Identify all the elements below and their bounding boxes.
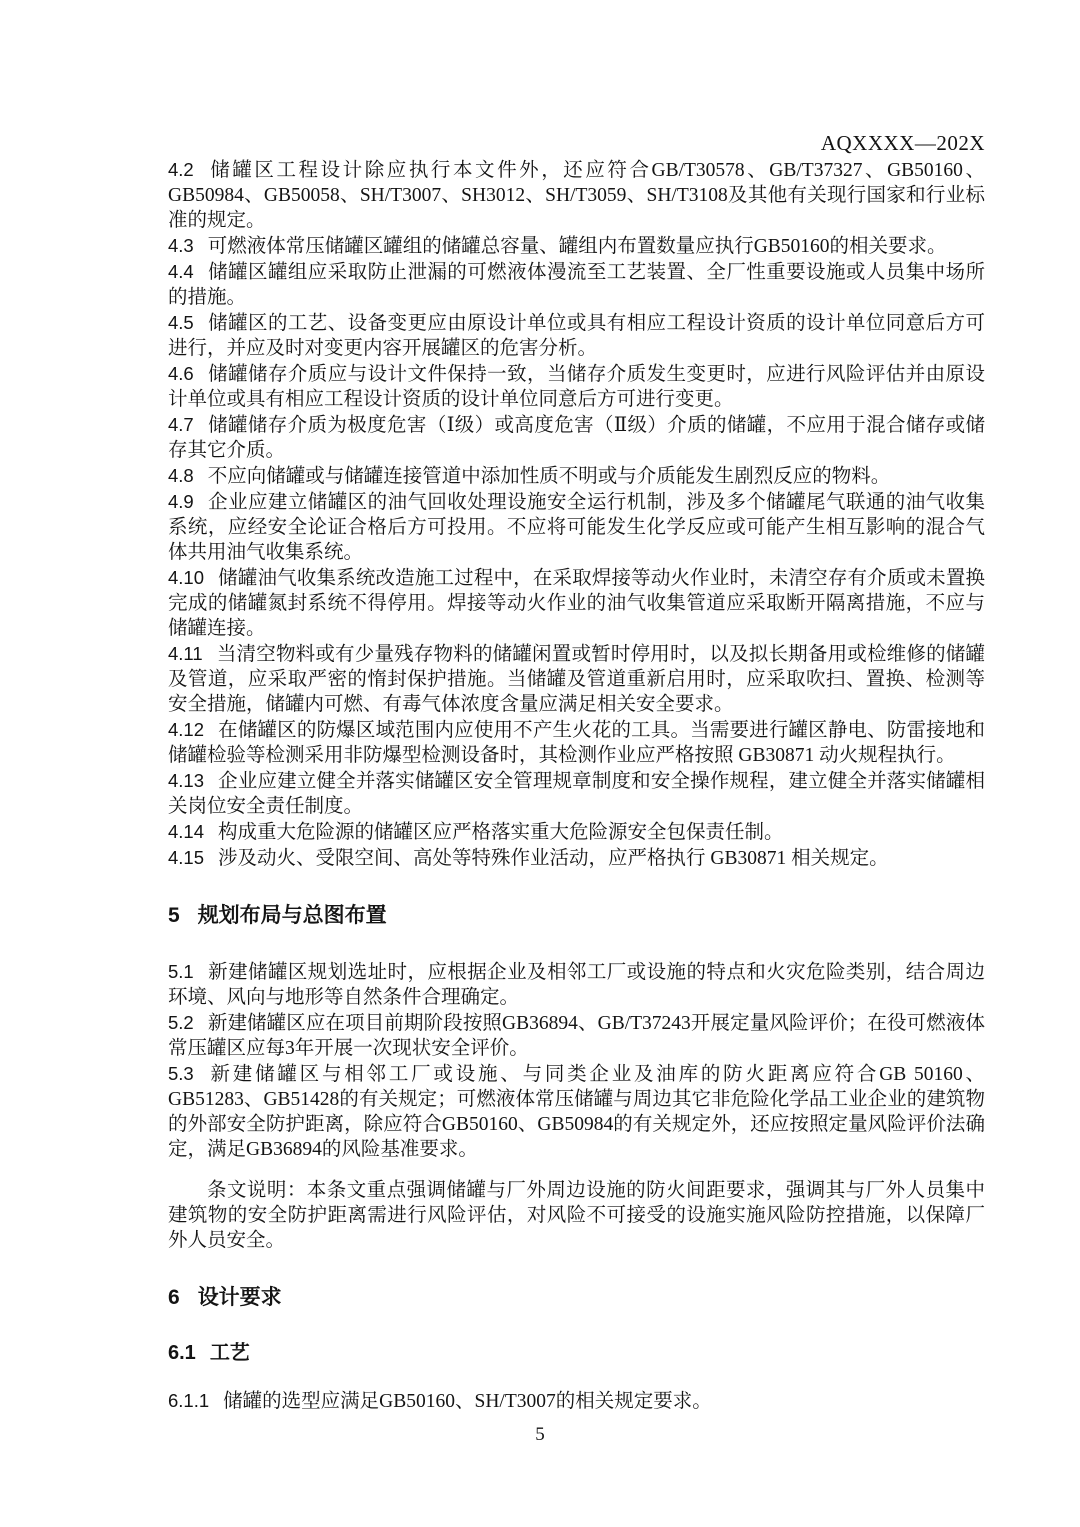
section-number: 6.1	[168, 1342, 210, 1364]
clause-note: 条文说明：本条文重点强调储罐与厂外周边设施的防火间距要求，强调其与厂外人员集中建…	[168, 1178, 985, 1253]
clause-4-9: 4.9企业应建立储罐区的油气回收处理设施安全运行机制，涉及多个储罐尾气联通的油气…	[168, 489, 985, 565]
clause-number: 4.5	[168, 312, 208, 333]
clause-number: 4.14	[168, 821, 218, 842]
clause-text: 储罐区罐组应采取防止泄漏的可燃液体漫流至工艺装置、全厂性重要设施或人员集中场所的…	[168, 262, 985, 308]
clause-text: 企业应建立储罐区的油气回收处理设施安全运行机制，涉及多个储罐尾气联通的油气收集系…	[168, 492, 985, 563]
clause-number: 6.1.1	[168, 1390, 223, 1411]
clause-number: 5.3	[168, 1063, 208, 1084]
clause-number: 4.12	[168, 719, 218, 740]
clause-4-14: 4.14构成重大危险源的储罐区应严格落实重大危险源安全包保责任制。	[168, 819, 985, 845]
clause-text: 不应向储罐或与储罐连接管道中添加性质不明或与介质能发生剧烈反应的物料。	[208, 466, 891, 487]
clause-5-3: 5.3新建储罐区与相邻工厂或设施、与同类企业及油库的防火距离应符合GB 5016…	[168, 1061, 985, 1162]
clause-4-10: 4.10储罐油气收集系统改造施工过程中，在采取焊接等动火作业时，未清空存有介质或…	[168, 565, 985, 641]
clause-text: 储罐区工程设计除应执行本文件外，还应符合GB/T30578、GB/T37327、…	[168, 160, 985, 231]
clause-number: 4.6	[168, 363, 208, 384]
clause-4-2: 4.2储罐区工程设计除应执行本文件外，还应符合GB/T30578、GB/T373…	[168, 157, 985, 233]
clause-4-5: 4.5储罐区的工艺、设备变更应由原设计单位或具有相应工程设计资质的设计单位同意后…	[168, 310, 985, 361]
clause-text: 企业应建立健全并落实储罐区安全管理规章制度和安全操作规程，建立健全并落实储罐相关…	[168, 771, 985, 817]
clause-text: 储罐油气收集系统改造施工过程中，在采取焊接等动火作业时，未清空存有介质或未置换完…	[168, 568, 985, 639]
clause-4-11: 4.11当清空物料或有少量残存物料的储罐闲置或暂时停用时，以及拟长期备用或检维修…	[168, 641, 985, 717]
clause-4-7: 4.7储罐储存介质为极度危害（Ⅰ级）或高度危害（Ⅱ级）介质的储罐，不应用于混合储…	[168, 412, 985, 463]
section-6-1-heading: 6.1工艺	[168, 1341, 985, 1366]
clause-4-13: 4.13企业应建立健全并落实储罐区安全管理规章制度和安全操作规程，建立健全并落实…	[168, 768, 985, 819]
clause-text: 新建储罐区规划选址时，应根据企业及相邻工厂或设施的特点和火灾危险类别，结合周边环…	[168, 962, 985, 1008]
page-header: AQXXXX—202X	[821, 131, 985, 156]
section-title: 设计要求	[198, 1286, 282, 1309]
clause-text: 新建储罐区应在项目前期阶段按照GB36894、GB/T37243开展定量风险评价…	[168, 1013, 985, 1059]
clause-text: 储罐的选型应满足GB50160、SH/T3007的相关规定要求。	[223, 1391, 712, 1412]
clause-number: 4.2	[168, 159, 208, 180]
clause-4-4: 4.4储罐区罐组应采取防止泄漏的可燃液体漫流至工艺装置、全厂性重要设施或人员集中…	[168, 259, 985, 310]
section-title: 工艺	[210, 1342, 250, 1364]
clause-4-6: 4.6储罐储存介质应与设计文件保持一致，当储存介质发生变更时，应进行风险评估并由…	[168, 361, 985, 412]
section-number: 6	[168, 1286, 198, 1309]
clause-number: 4.11	[168, 643, 217, 664]
doc-code: AQXXXX—202X	[821, 131, 985, 155]
document-page: AQXXXX—202X 4.2储罐区工程设计除应执行本文件外，还应符合GB/T3…	[0, 0, 1080, 1527]
clause-number: 4.4	[168, 261, 208, 282]
clause-number: 4.8	[168, 465, 208, 486]
clause-text: 储罐区的工艺、设备变更应由原设计单位或具有相应工程设计资质的设计单位同意后方可进…	[168, 313, 985, 359]
clause-text: 新建储罐区与相邻工厂或设施、与同类企业及油库的防火距离应符合GB 50160、G…	[168, 1064, 985, 1160]
clause-text: 在储罐区的防爆区域范围内应使用不产生火花的工具。当需要进行罐区静电、防雷接地和储…	[168, 720, 985, 766]
clause-4-8: 4.8不应向储罐或与储罐连接管道中添加性质不明或与介质能发生剧烈反应的物料。	[168, 463, 985, 489]
clause-5-2: 5.2新建储罐区应在项目前期阶段按照GB36894、GB/T37243开展定量风…	[168, 1010, 985, 1061]
clause-4-15: 4.15涉及动火、受限空间、高处等特殊作业活动，应严格执行 GB30871 相关…	[168, 845, 985, 871]
clause-text: 储罐储存介质应与设计文件保持一致，当储存介质发生变更时，应进行风险评估并由原设计…	[168, 364, 985, 410]
section-6-heading: 6设计要求	[168, 1285, 985, 1311]
clause-number: 4.7	[168, 414, 208, 435]
clause-text: 可燃液体常压储罐区罐组的储罐总容量、罐组内布置数量应执行GB50160的相关要求…	[208, 236, 947, 257]
clause-number: 4.9	[168, 491, 208, 512]
clause-number: 4.3	[168, 235, 208, 256]
clause-number: 4.15	[168, 847, 218, 868]
clause-text: 储罐储存介质为极度危害（Ⅰ级）或高度危害（Ⅱ级）介质的储罐，不应用于混合储存或储…	[168, 415, 985, 461]
section-number: 5	[168, 904, 198, 927]
document-body: 4.2储罐区工程设计除应执行本文件外，还应符合GB/T30578、GB/T373…	[168, 157, 985, 1414]
clause-number: 5.1	[168, 961, 208, 982]
clause-5-1: 5.1新建储罐区规划选址时，应根据企业及相邻工厂或设施的特点和火灾危险类别，结合…	[168, 959, 985, 1010]
section-5-heading: 5规划布局与总图布置	[168, 903, 985, 929]
clause-number: 4.13	[168, 770, 218, 791]
section-title: 规划布局与总图布置	[198, 904, 387, 927]
clause-4-3: 4.3可燃液体常压储罐区罐组的储罐总容量、罐组内布置数量应执行GB50160的相…	[168, 233, 985, 259]
clause-text: 构成重大危险源的储罐区应严格落实重大危险源安全包保责任制。	[218, 822, 784, 843]
clause-4-12: 4.12在储罐区的防爆区域范围内应使用不产生火花的工具。当需要进行罐区静电、防雷…	[168, 717, 985, 768]
clause-6-1-1: 6.1.1储罐的选型应满足GB50160、SH/T3007的相关规定要求。	[168, 1388, 985, 1414]
clause-number: 4.10	[168, 567, 218, 588]
page-footer: 5	[0, 1424, 1080, 1446]
page-number: 5	[535, 1424, 545, 1445]
clause-number: 5.2	[168, 1012, 208, 1033]
clause-text: 当清空物料或有少量残存物料的储罐闲置或暂时停用时，以及拟长期备用或检维修的储罐及…	[168, 644, 985, 715]
clause-text: 涉及动火、受限空间、高处等特殊作业活动，应严格执行 GB30871 相关规定。	[218, 848, 889, 869]
